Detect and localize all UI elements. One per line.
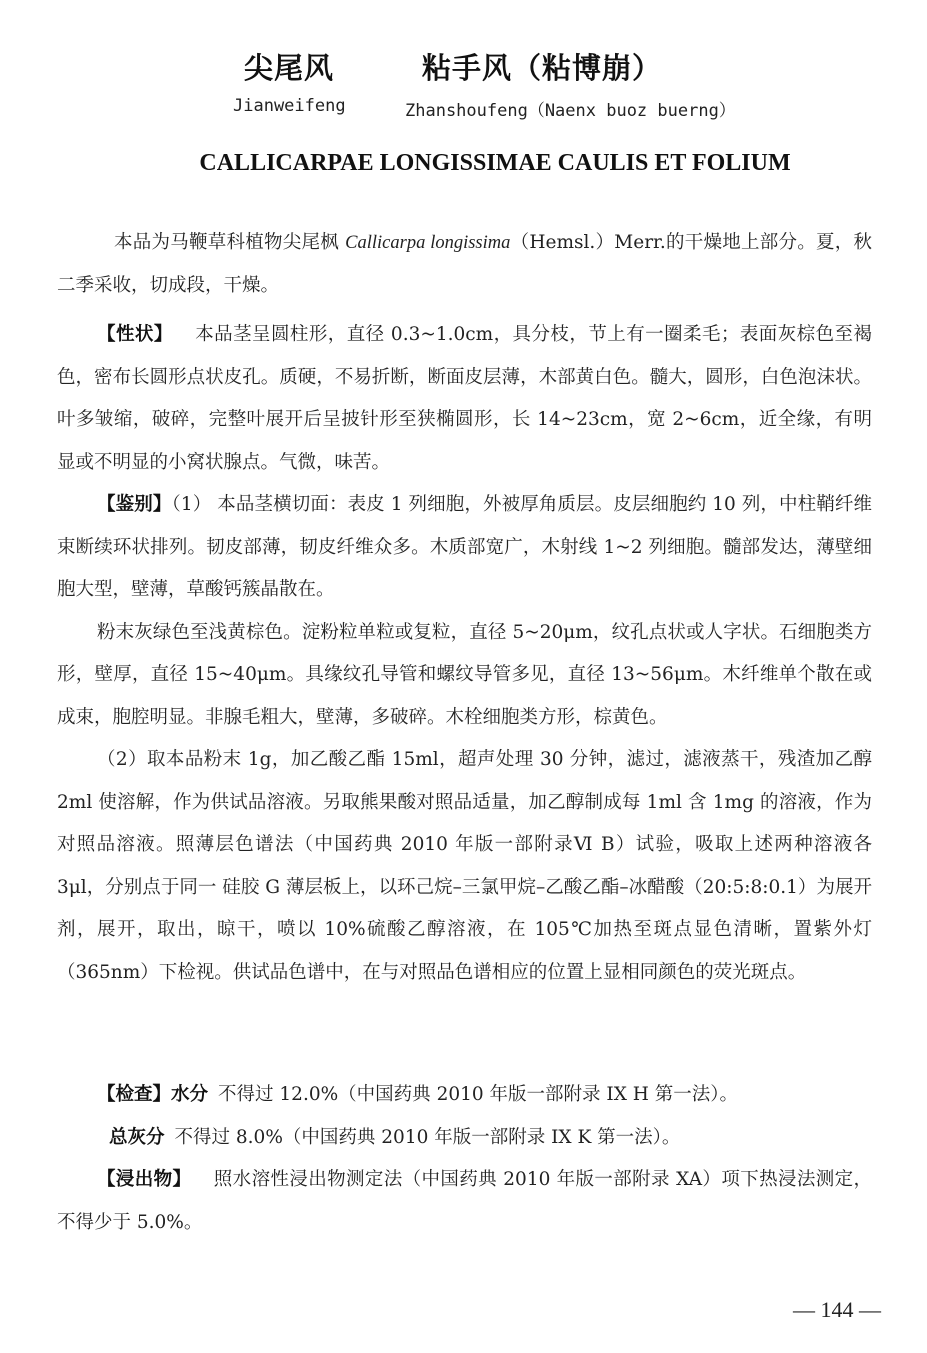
- title-row: 尖尾风 粘手风（粘博崩）: [0, 46, 927, 86]
- intro-text-pre: 本品为马鞭草科植物尖尾枫: [114, 232, 345, 253]
- pinyin-zhuang-name: Zhanshoufeng（Naenx buoz buerng）: [405, 96, 736, 121]
- ash-label: 总灰分: [109, 1127, 165, 1148]
- water-label: 水分: [171, 1084, 208, 1105]
- title-chinese-name: 尖尾风: [244, 46, 334, 87]
- identification-section: 【鉴别】（1） 本品茎横切面：表皮 1 列细胞，外被厚角质层。皮层细胞约 10 …: [57, 484, 872, 994]
- water-text: 不得过 12.0%（中国药典 2010 年版一部附录 IX H 第一法）。: [218, 1084, 738, 1105]
- description-paragraph: 【性状】本品茎呈圆柱形，直径 0.3~1.0cm，具分枝，节上有一圈柔毛；表面灰…: [57, 314, 872, 484]
- title-zhuang-name: 粘手风（粘博崩）: [422, 46, 662, 87]
- identification-heading: 【鉴别】: [97, 494, 171, 515]
- description-section: 【性状】本品茎呈圆柱形，直径 0.3~1.0cm，具分枝，节上有一圈柔毛；表面灰…: [57, 314, 872, 484]
- inspection-section: 【检查】水分不得过 12.0%（中国药典 2010 年版一部附录 IX H 第一…: [57, 1074, 872, 1244]
- description-text: 本品茎呈圆柱形，直径 0.3~1.0cm，具分枝，节上有一圈柔毛；表面灰棕色至褐…: [57, 324, 872, 473]
- extract-paragraph: 【浸出物】照水溶性浸出物测定法（中国药典 2010 年版一部附录 XA）项下热浸…: [57, 1159, 872, 1244]
- identification-item1: 【鉴别】（1） 本品茎横切面：表皮 1 列细胞，外被厚角质层。皮层细胞约 10 …: [57, 484, 872, 612]
- page-number: — 144 —: [793, 1297, 881, 1323]
- extract-heading: 【浸出物】: [97, 1169, 191, 1190]
- inspection-ash: 总灰分不得过 8.0%（中国药典 2010 年版一部附录 IX K 第一法）。: [57, 1117, 872, 1160]
- inspection-heading: 【检查】: [97, 1084, 171, 1105]
- description-heading: 【性状】: [97, 324, 173, 345]
- inspection-water: 【检查】水分不得过 12.0%（中国药典 2010 年版一部附录 IX H 第一…: [57, 1074, 872, 1117]
- identification-item2: （2）取本品粉末 1g，加乙酸乙酯 15ml，超声处理 30 分钟，滤过，滤液蒸…: [57, 739, 872, 994]
- identification-powder: 粉末灰绿色至浅黄棕色。淀粉粒单粒或复粒，直径 5~20μm，纹孔点状或人字状。石…: [57, 612, 872, 740]
- identification-item1-text: （1） 本品茎横切面：表皮 1 列细胞，外被厚角质层。皮层细胞约 10 列，中柱…: [57, 494, 872, 600]
- latin-species-name: Callicarpa longissima: [345, 233, 510, 253]
- ash-text: 不得过 8.0%（中国药典 2010 年版一部附录 IX K 第一法）。: [175, 1127, 681, 1148]
- pinyin-row: Jianweifeng Zhanshoufeng（Naenx buoz buer…: [0, 96, 927, 120]
- intro-section: 本品为马鞭草科植物尖尾枫 Callicarpa longissima（Hemsl…: [57, 222, 872, 307]
- pinyin-chinese-name: Jianweifeng: [233, 96, 346, 116]
- intro-paragraph: 本品为马鞭草科植物尖尾枫 Callicarpa longissima（Hemsl…: [57, 222, 872, 307]
- latin-title: CALLICARPAE LONGISSIMAE CAULIS ET FOLIUM: [0, 150, 927, 177]
